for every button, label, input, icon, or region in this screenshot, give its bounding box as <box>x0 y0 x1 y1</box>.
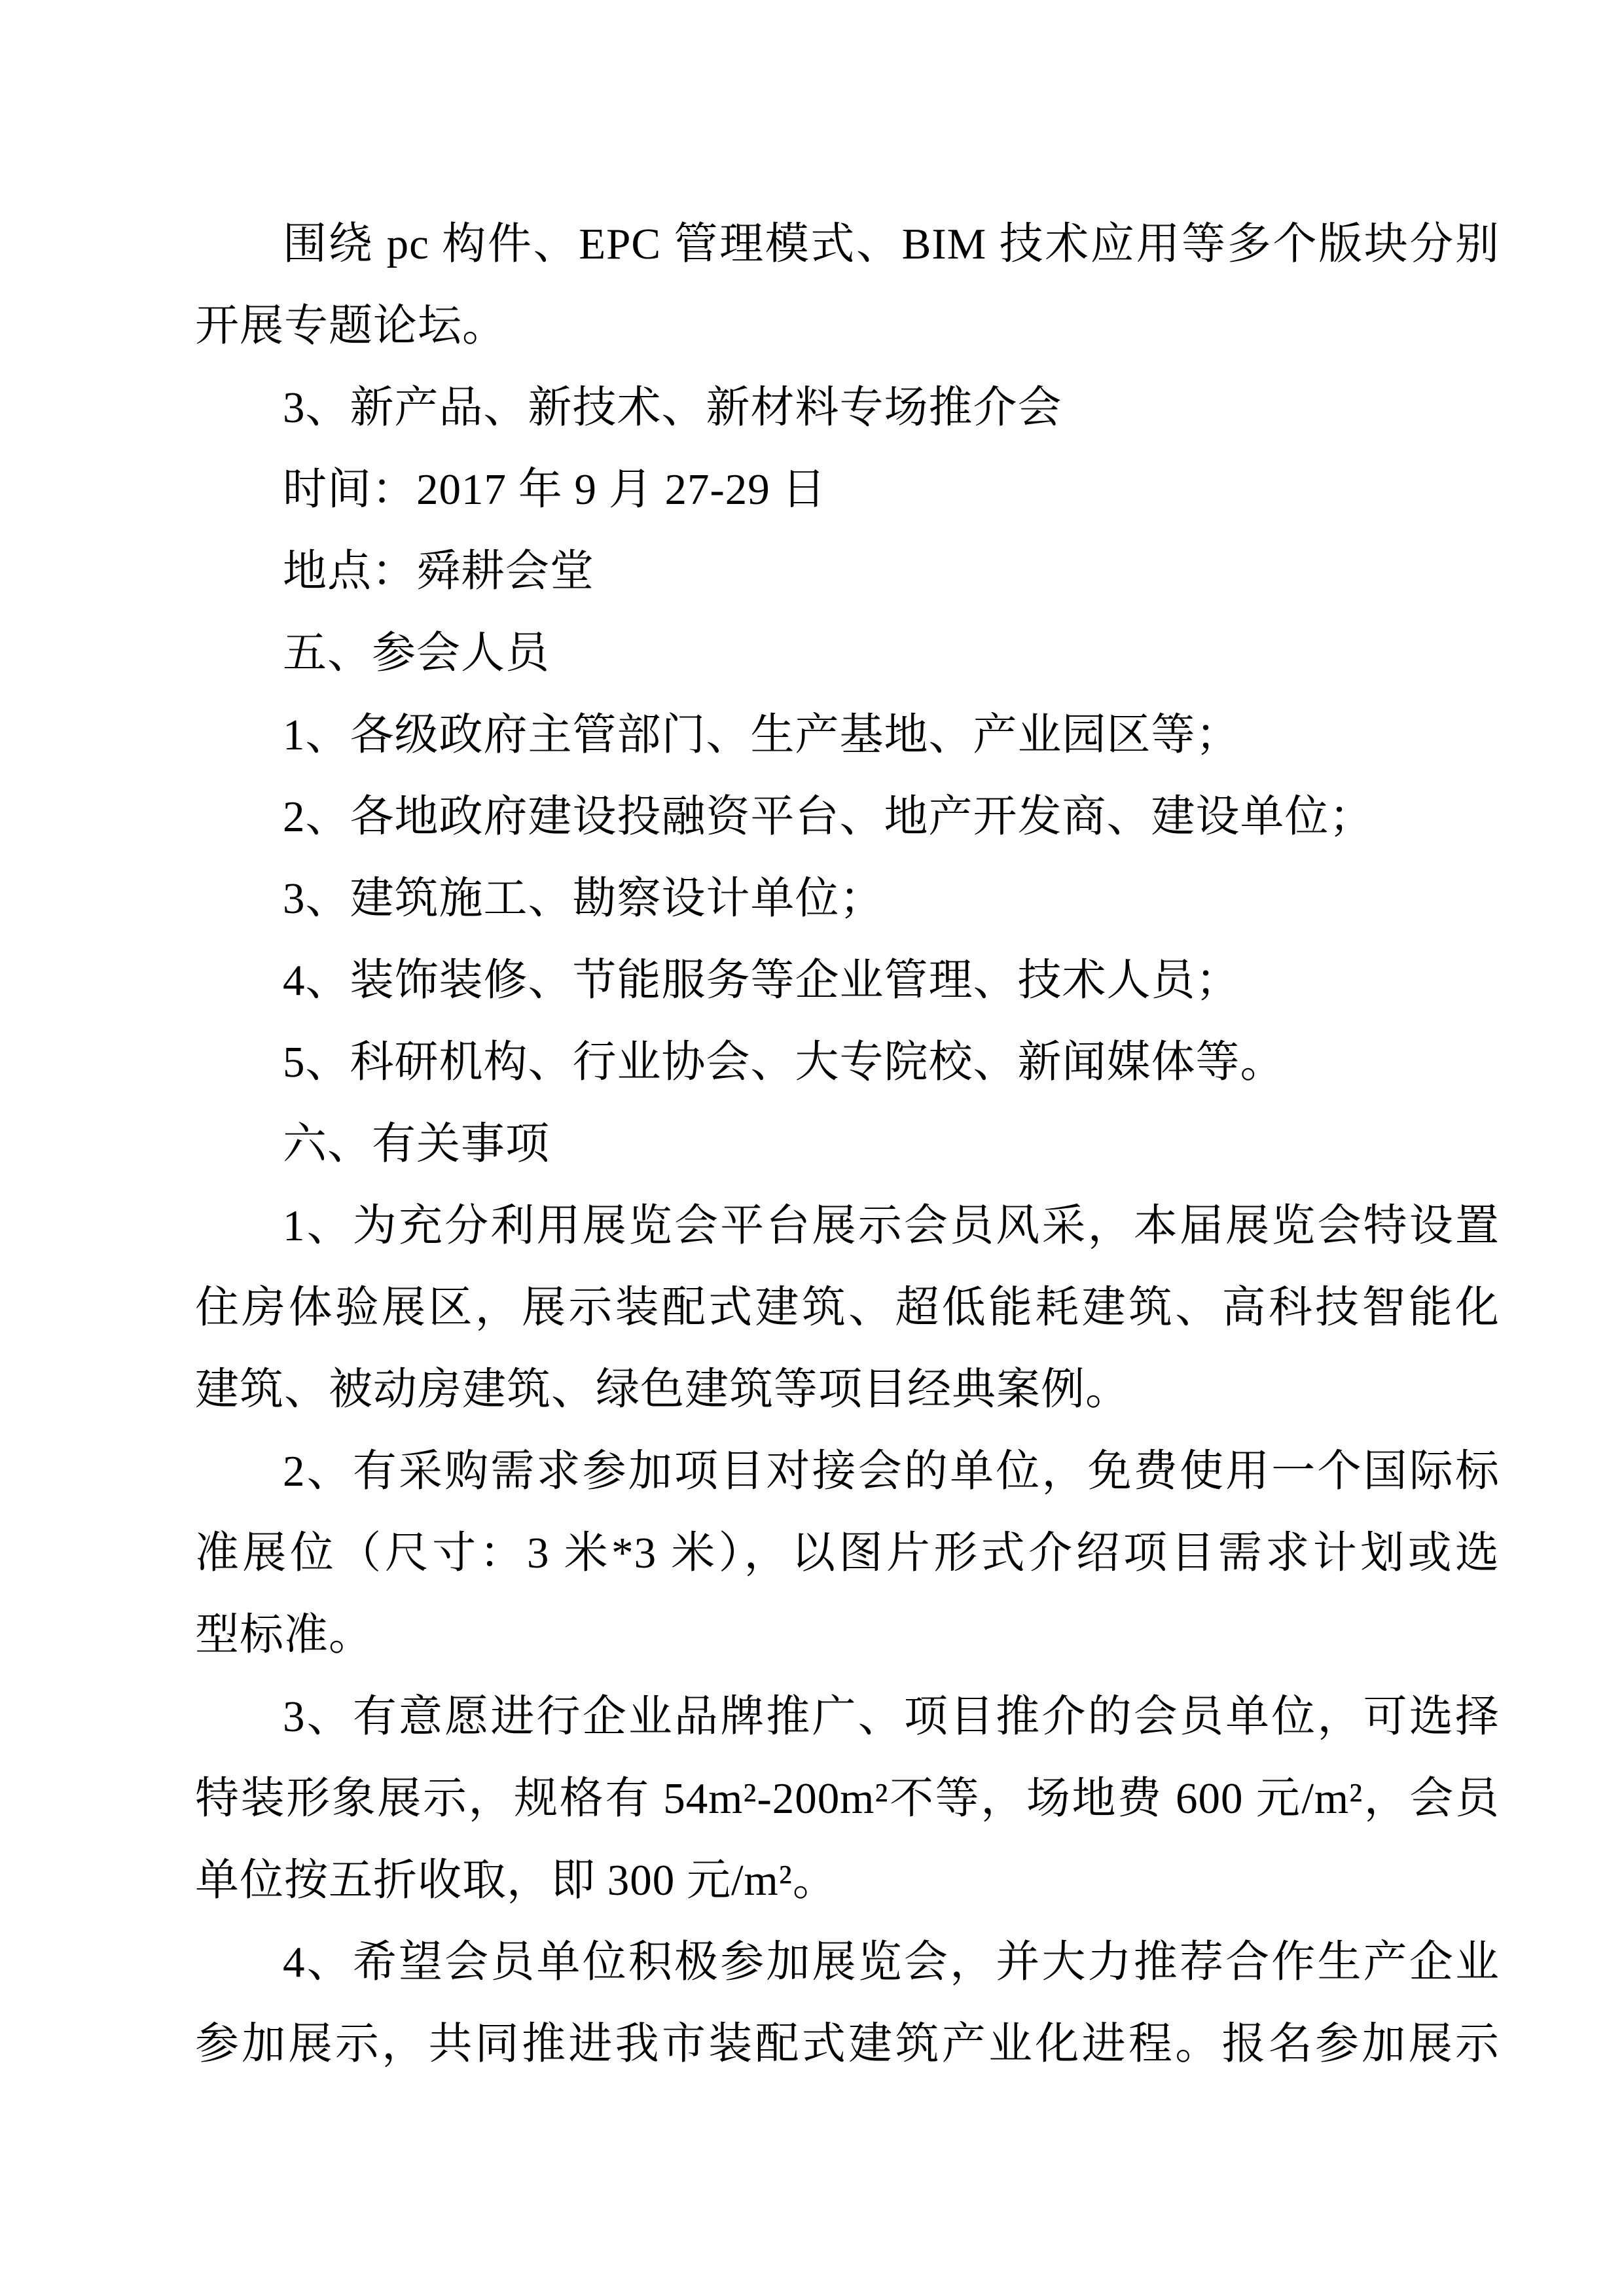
text-line: 单位按五折收取，即 300 元/m²。 <box>195 1840 1500 1922</box>
text-line: 3、建筑施工、勘察设计单位； <box>195 858 1500 940</box>
line-text: 3、建筑施工、勘察设计单位； <box>283 874 884 923</box>
line-text: 2、有采购需求参加项目对接会的单位，免费使用一个国际标 <box>283 1447 1500 1496</box>
line-text: 围绕 pc 构件、EPC 管理模式、BIM 技术应用等多个版块分别 <box>283 220 1500 268</box>
line-text: 型标准。 <box>195 1611 373 1659</box>
line-text: 4、希望会员单位积极参加展览会，并大力推荐合作生产企业 <box>283 1938 1500 1986</box>
line-text: 住房体验展区，展示装配式建筑、超低能耗建筑、高科技智能化 <box>195 1283 1500 1332</box>
text-line: 围绕 pc 构件、EPC 管理模式、BIM 技术应用等多个版块分别 <box>195 204 1500 285</box>
text-line: 开展专题论坛。 <box>195 285 1500 367</box>
text-line: 准展位（尺寸：3 米*3 米），以图片形式介绍项目需求计划或选 <box>195 1513 1500 1594</box>
line-text: 5、科研机构、行业协会、大专院校、新闻媒体等。 <box>283 1038 1285 1086</box>
text-line: 六、有关事项 <box>195 1103 1500 1185</box>
text-line: 5、科研机构、行业协会、大专院校、新闻媒体等。 <box>195 1022 1500 1103</box>
line-text: 3、有意愿进行企业品牌推广、项目推介的会员单位，可选择 <box>283 1693 1500 1741</box>
text-line: 地点：舜耕会堂 <box>195 531 1500 613</box>
line-text: 建筑、被动房建筑、绿色建筑等项目经典案例。 <box>195 1365 1130 1414</box>
text-line: 2、有采购需求参加项目对接会的单位，免费使用一个国际标 <box>195 1431 1500 1513</box>
line-text: 4、装饰装修、节能服务等企业管理、技术人员； <box>283 956 1240 1005</box>
line-text: 开展专题论坛。 <box>195 302 507 350</box>
line-text: 准展位（尺寸：3 米*3 米），以图片形式介绍项目需求计划或选 <box>195 1529 1500 1577</box>
line-text: 2、各地政府建设投融资平台、地产开发商、建设单位； <box>283 793 1374 841</box>
line-text: 六、有关事项 <box>283 1120 550 1168</box>
text-line: 4、希望会员单位积极参加展览会，并大力推荐合作生产企业 <box>195 1922 1500 2003</box>
line-text: 单位按五折收取，即 300 元/m²。 <box>195 1856 837 1905</box>
text-line: 时间：2017 年 9 月 27-29 日 <box>195 449 1500 531</box>
document-page: 围绕 pc 构件、EPC 管理模式、BIM 技术应用等多个版块分别 开展专题论坛… <box>0 0 1624 2296</box>
line-text: 1、各级政府主管部门、生产基地、产业园区等； <box>283 711 1240 759</box>
line-text: 1、为充分利用展览会平台展示会员风采，本届展览会特设置 <box>283 1202 1500 1250</box>
line-text: 五、参会人员 <box>283 629 550 677</box>
text-line: 住房体验展区，展示装配式建筑、超低能耗建筑、高科技智能化 <box>195 1267 1500 1349</box>
text-line: 1、为充分利用展览会平台展示会员风采，本届展览会特设置 <box>195 1185 1500 1267</box>
text-line: 2、各地政府建设投融资平台、地产开发商、建设单位； <box>195 776 1500 858</box>
line-text: 参加展示，共同推进我市装配式建筑产业化进程。报名参加展示 <box>195 2020 1500 2068</box>
text-line: 建筑、被动房建筑、绿色建筑等项目经典案例。 <box>195 1349 1500 1431</box>
text-line: 特装形象展示，规格有 54m²-200m²不等，场地费 600 元/m²，会员 <box>195 1758 1500 1840</box>
line-text: 特装形象展示，规格有 54m²-200m²不等，场地费 600 元/m²，会员 <box>195 1774 1500 1823</box>
text-line: 3、新产品、新技术、新材料专场推介会 <box>195 367 1500 449</box>
document-body: 围绕 pc 构件、EPC 管理模式、BIM 技术应用等多个版块分别 开展专题论坛… <box>0 0 1624 2296</box>
text-line: 1、各级政府主管部门、生产基地、产业园区等； <box>195 694 1500 776</box>
text-line: 4、装饰装修、节能服务等企业管理、技术人员； <box>195 940 1500 1022</box>
text-line: 型标准。 <box>195 1594 1500 1676</box>
line-text: 地点：舜耕会堂 <box>283 547 594 596</box>
text-line: 3、有意愿进行企业品牌推广、项目推介的会员单位，可选择 <box>195 1676 1500 1758</box>
line-text: 3、新产品、新技术、新材料专场推介会 <box>283 384 1062 432</box>
line-text: 时间：2017 年 9 月 27-29 日 <box>283 465 827 514</box>
text-line: 参加展示，共同推进我市装配式建筑产业化进程。报名参加展示 <box>195 2003 1500 2085</box>
text-line: 五、参会人员 <box>195 613 1500 694</box>
